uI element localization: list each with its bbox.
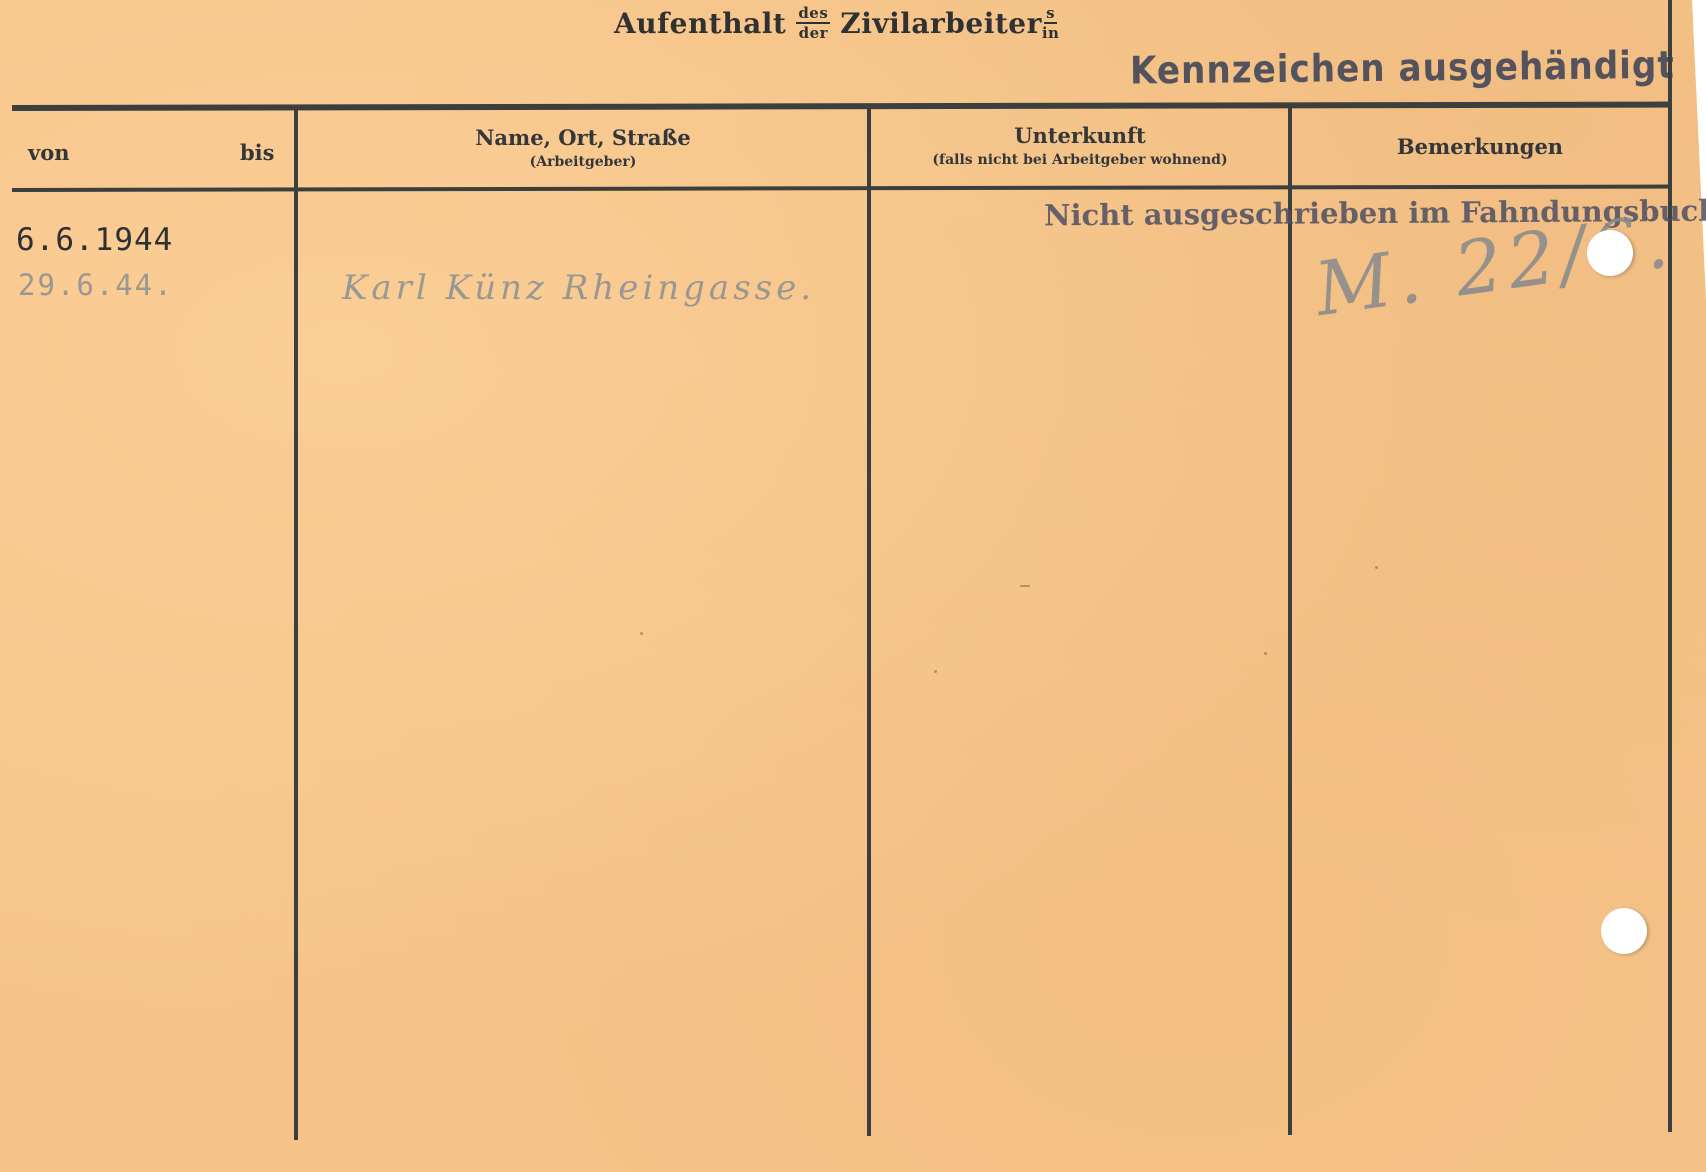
column-header-name: Name, Ort, Straße (Arbeitgeber) — [298, 125, 868, 170]
column-divider-date-name — [294, 108, 298, 1140]
paper-speck — [640, 632, 643, 635]
document-paper — [0, 0, 1706, 1172]
column-header-von: von — [28, 140, 69, 165]
title-prefix: Aufenthalt — [614, 7, 786, 40]
title-article-top: des — [796, 6, 830, 24]
column-divider-unterkunft-bemerkungen — [1288, 105, 1292, 1135]
row-von-typed-date: 6.6.1944 — [16, 222, 173, 258]
punch-hole-bottom — [1601, 908, 1647, 954]
column-header-name-main: Name, Ort, Straße — [298, 125, 868, 150]
punch-hole-top — [1587, 230, 1633, 276]
column-header-bemerkungen-main: Bemerkungen — [1292, 134, 1668, 159]
title-article-bottom: der — [799, 24, 828, 41]
title-noun-group: Zivilarbeiter s in — [840, 6, 1059, 41]
column-header-unterkunft: Unterkunft (falls nicht bei Arbeitgeber … — [871, 123, 1289, 168]
column-header-unterkunft-sub: (falls nicht bei Arbeitgeber wohnend) — [871, 152, 1289, 168]
stamp-kennzeichen-ausgehaendigt: Kennzeichen ausgehändigt — [1130, 43, 1615, 94]
column-header-bemerkungen: Bemerkungen — [1292, 134, 1668, 159]
paper-speck — [1375, 566, 1378, 569]
title-suffix-fraction: s in — [1042, 6, 1060, 41]
title-noun: Zivilarbeiter — [840, 7, 1042, 40]
paper-speck — [934, 670, 937, 673]
column-header-name-sub: (Arbeitgeber) — [298, 154, 868, 170]
title-suffix-bottom: in — [1042, 24, 1060, 41]
column-header-bis: bis — [240, 140, 274, 165]
document-title: Aufenthalt des der Zivilarbeiter s in — [614, 0, 1059, 46]
paper-speck — [1264, 652, 1267, 655]
paper-speck — [1020, 585, 1030, 587]
row-bis-pencil-date: 29.6.44. — [18, 268, 174, 302]
column-divider-name-unterkunft — [867, 106, 871, 1136]
table-right-border — [1668, 0, 1672, 1132]
column-header-unterkunft-main: Unterkunft — [871, 123, 1289, 148]
row-employer-handwritten: Karl Künz Rheingasse. — [342, 268, 815, 308]
title-suffix-top: s — [1044, 6, 1057, 24]
title-article-fraction: des der — [796, 6, 830, 41]
